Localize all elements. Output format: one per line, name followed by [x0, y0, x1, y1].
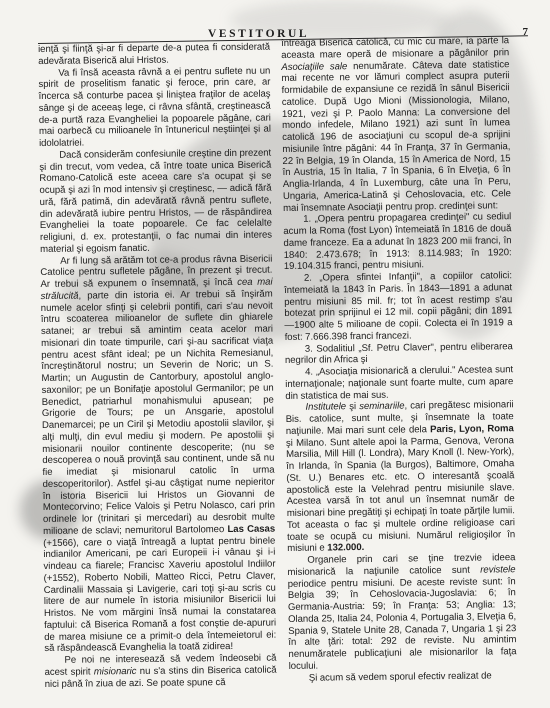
- paragraph: 2. „Opera sfintei Infanţii", a copiilor …: [284, 270, 513, 343]
- text-run: ienţă şi fiinţă şi-ar fi departe de-a pu…: [38, 42, 270, 67]
- paragraph: Institutele şi seminariile, cari pregăte…: [285, 399, 515, 555]
- paragraph: 4. „Asociaţia misionarică a clerului." A…: [285, 364, 513, 402]
- text-run: Şi acum să vedem sporul efectiv realizat…: [309, 670, 492, 683]
- text-run: Institutele: [305, 401, 346, 412]
- paragraph: Pe noi ne interesează să vedem îndeosebi…: [44, 653, 276, 691]
- text-run: Las Casas: [227, 523, 275, 534]
- text-run: 1. „Opera pentru propagarea credinţei" c…: [283, 211, 511, 272]
- paragraph: Dacă considerăm confesiunile creştine di…: [39, 147, 272, 255]
- right-column: întreaga Biserică catolică, cu mic cu ma…: [281, 35, 517, 684]
- left-column: ienţă şi fiinţă şi-ar fi departe de-a pu…: [38, 42, 277, 691]
- text-run: , parte din istoria ei. Ar trebui să înş…: [41, 288, 275, 536]
- text-run: revistele: [480, 564, 515, 575]
- text-run: 4. „Asociaţia misionarică a clerului." A…: [285, 364, 513, 401]
- text-run: (+1566), care o viaţă întreagă a luptat …: [43, 535, 276, 654]
- paragraph: 3. Sodalitiul „Sf. Petru Claver", pentru…: [285, 341, 513, 367]
- text-run: Asociaţiile sale: [281, 61, 347, 73]
- paragraph: Şi acum să vedem sporul efectiv realizat…: [289, 670, 517, 685]
- paragraph: întreaga Biserică catolică, cu mic cu ma…: [281, 35, 511, 214]
- paragraph: 1. „Opera pentru propagarea credinţei" c…: [283, 211, 512, 273]
- text-run: întreaga Biserică catolică, cu mic cu ma…: [281, 35, 509, 61]
- text-run: şi Milano. Sunt altele apoi la Parma, Ge…: [286, 435, 515, 555]
- paragraph: ienţă şi fiinţă şi-ar fi departe de-a pu…: [38, 42, 270, 68]
- text-run: seminariile: [359, 401, 404, 413]
- newspaper-page: VESTITORUL 7 ienţă şi fiinţă şi-ar fi de…: [38, 0, 538, 708]
- text-run: Dacă considerăm confesiunile creştine di…: [39, 147, 272, 254]
- text-run: 132.000.: [327, 542, 364, 553]
- text-run: nenumărate. Câteva date statistice mai r…: [281, 59, 511, 214]
- paragraph: Va fi însă aceasta râvnă a ei pentru suf…: [38, 65, 271, 150]
- text-run: şi: [346, 401, 359, 412]
- text-run: periodice pentru misiuni. De aceste revi…: [288, 576, 517, 672]
- paragraph: Organele prin cari se ţine trezvie ideea…: [287, 552, 516, 672]
- text-run: Va fi însă aceasta râvnă a ei pentru suf…: [38, 65, 271, 149]
- text-run: 3. Sodalitiul „Sf. Petru Claver", pentru…: [285, 341, 513, 367]
- text-run: misionaric: [94, 666, 137, 677]
- text-run: Paris, Lyon, Roma: [430, 423, 514, 435]
- text-run: 2. „Opera sfintei Infanţii", a copiilor …: [284, 270, 513, 343]
- paragraph: Ar fi lung să arătăm tot ce-a produs râv…: [40, 253, 276, 655]
